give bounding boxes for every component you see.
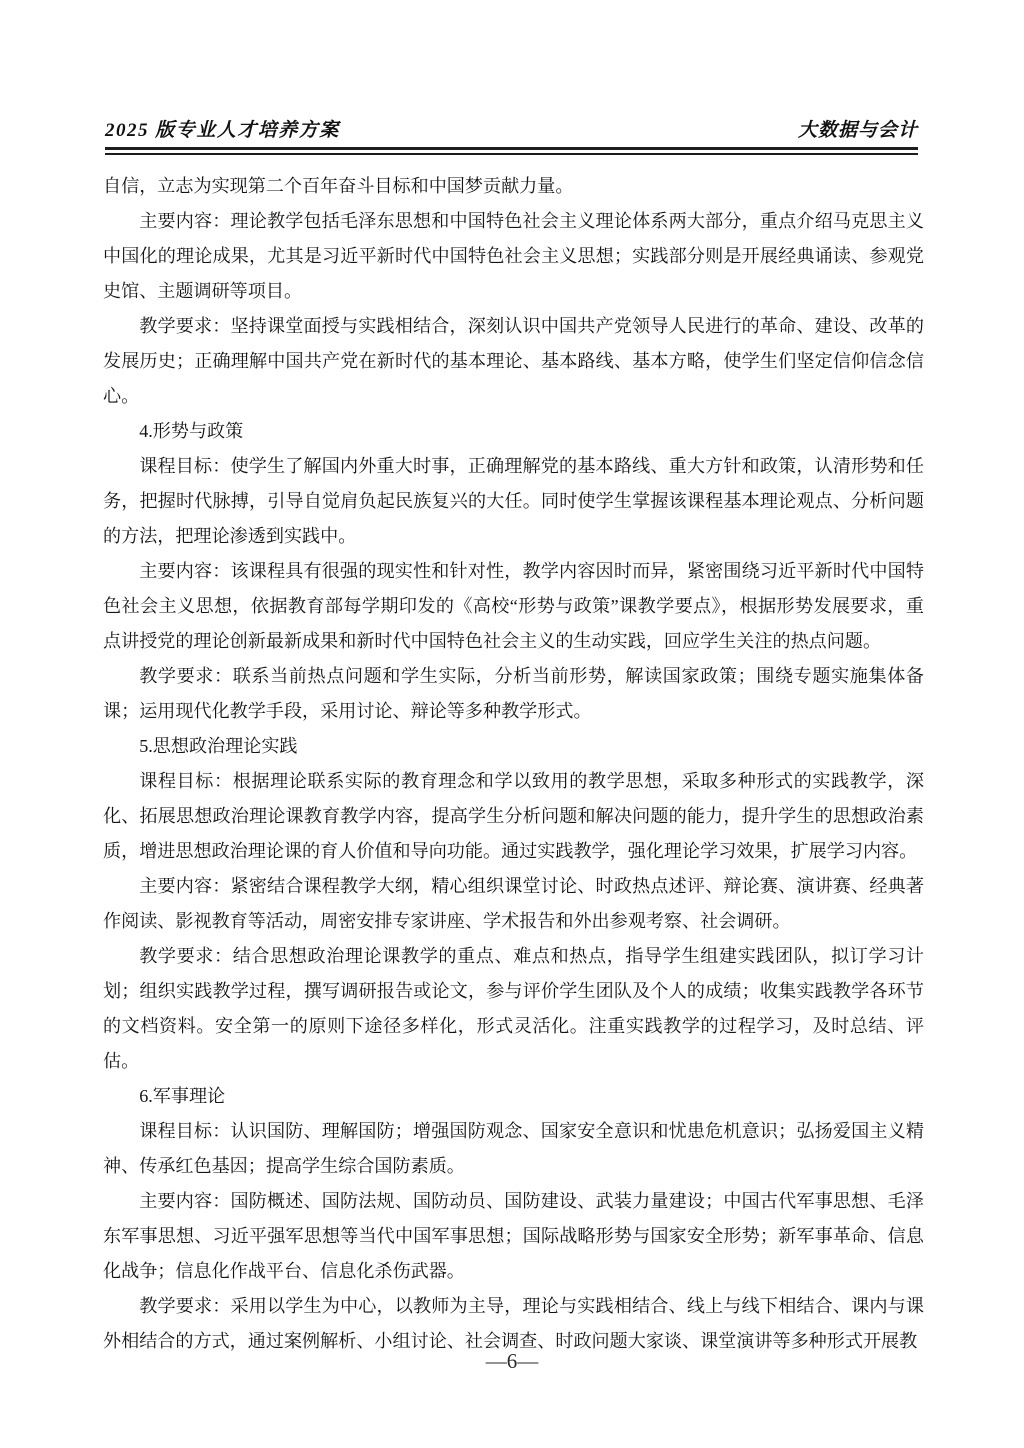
paragraph: 主要内容：紧密结合课程教学大纲，精心组织课堂讨论、时政热点述评、辩论赛、演讲赛、… [103, 869, 924, 939]
paragraph: 主要内容：理论教学包括毛泽东思想和中国特色社会主义理论体系两大部分，重点介绍马克… [103, 204, 924, 309]
paragraph: 课程目标：使学生了解国内外重大时事，正确理解党的基本路线、重大方针和政策，认清形… [103, 449, 924, 554]
paragraph: 教学要求：联系当前热点问题和学生实际，分析当前形势，解读国家政策；围绕专题实施集… [103, 659, 924, 729]
paragraph: 主要内容：该课程具有很强的现实性和针对性，教学内容因时而异，紧密围绕习近平新时代… [103, 554, 924, 659]
document-page: 2025 版专业人才培养方案 大数据与会计 自信，立志为实现第二个百年奋斗目标和… [0, 0, 1024, 1448]
paragraph: 教学要求：坚持课堂面授与实践相结合，深刻认识中国共产党领导人民进行的革命、建设、… [103, 309, 924, 414]
header-right-title: 大数据与会计 [798, 120, 918, 142]
header-left-title: 2025 版专业人才培养方案 [105, 120, 340, 142]
page-header: 2025 版专业人才培养方案 大数据与会计 [105, 120, 918, 142]
section-heading: 6.军事理论 [103, 1079, 924, 1114]
paragraph: 主要内容：国防概述、国防法规、国防动员、国防建设、武装力量建设；中国古代军事思想… [103, 1184, 924, 1289]
paragraph: 课程目标：根据理论联系实际的教育理念和学以致用的教学思想，采取多种形式的实践教学… [103, 764, 924, 869]
section-heading: 5.思想政治理论实践 [103, 729, 924, 764]
page-number: —6— [486, 1349, 539, 1373]
paragraph: 课程目标：认识国防、理解国防；增强国防观念、国家安全意识和忧患危机意识；弘扬爱国… [103, 1114, 924, 1184]
paragraph: 自信，立志为实现第二个百年奋斗目标和中国梦贡献力量。 [103, 169, 924, 204]
header-rule [105, 147, 918, 155]
paragraph: 教学要求：结合思想政治理论课教学的重点、难点和热点，指导学生组建实践团队，拟订学… [103, 939, 924, 1079]
document-body: 自信，立志为实现第二个百年奋斗目标和中国梦贡献力量。主要内容：理论教学包括毛泽东… [103, 169, 924, 1359]
page-footer: —6— [0, 1348, 1024, 1374]
section-heading: 4.形势与政策 [103, 414, 924, 449]
